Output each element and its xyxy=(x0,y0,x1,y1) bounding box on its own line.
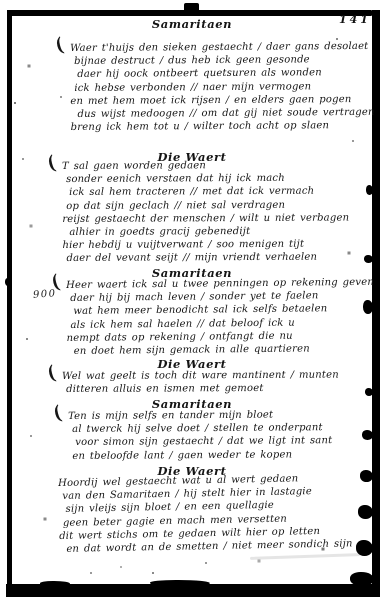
speech-block: (Wel wat geelt is toch dit ware mantinen… xyxy=(62,369,339,397)
speech-block: (Heer waert ick sal u twee penningen op … xyxy=(66,276,375,358)
scan-border-notch xyxy=(184,3,199,12)
scan-smudge xyxy=(250,553,360,560)
speaker-heading-samaritaen: Samaritaen xyxy=(40,17,344,31)
paragraph-mark-icon: ( xyxy=(54,36,65,54)
manuscript-line: ditteren alluis en ismen met gemoet xyxy=(66,382,339,397)
scan-edge-blot xyxy=(5,278,11,286)
scan-edge-blot xyxy=(366,185,373,195)
speech-block: (Waer t'huijs den sieken gestaecht / dae… xyxy=(70,40,375,135)
manuscript-line: en tbeloofde lant / gaen weder te kopen xyxy=(72,448,332,463)
scan-edge-blot xyxy=(150,580,210,586)
speech-block: (T sal gaen worden gedaen sonder eenich … xyxy=(62,158,349,265)
scan-edge-blot xyxy=(350,572,374,586)
scan-edge-blot xyxy=(365,388,373,396)
scan-border-left xyxy=(7,10,12,592)
scan-speckles xyxy=(0,0,2,2)
manuscript-line: en doet hem sijn gemack in alle quartier… xyxy=(74,342,375,358)
line-text: Wel wat geelt is toch dit ware mantinent… xyxy=(62,370,339,382)
manuscript-scan-page: 141 900 Samaritaen (Waer t'huijs den sie… xyxy=(0,0,384,600)
line-text: T sal gaen worden gedaen xyxy=(62,160,206,172)
scan-edge-blot xyxy=(364,255,373,263)
line-text: Ten is mijn selfs en tander mijn bloet xyxy=(68,410,273,422)
scan-edge-blot xyxy=(362,430,373,440)
scan-edge-blot xyxy=(358,505,373,519)
line-text: Waer t'huijs den sieken gestaecht / daer… xyxy=(70,41,368,54)
scan-edge-blot xyxy=(40,581,70,586)
scan-border-bottom xyxy=(6,584,380,597)
manuscript-line: daer del vevant seijt // mijn vriendt ve… xyxy=(66,251,349,266)
speech-block: Hoordij wel gestaecht wat u al wert geda… xyxy=(58,471,353,556)
manuscript-line: breng ick hem tot u / wilter toch acht o… xyxy=(71,119,375,134)
scan-edge-blot xyxy=(360,470,373,482)
speech-block: (Ten is mijn selfs en tander mijn bloet … xyxy=(68,408,332,463)
